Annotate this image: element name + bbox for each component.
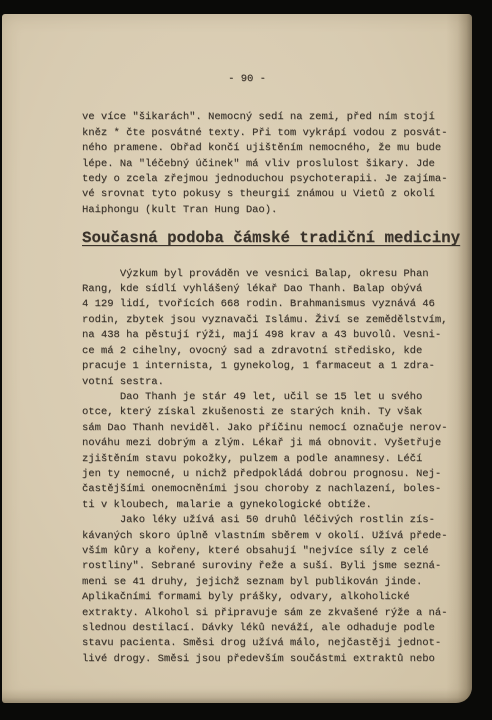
section-heading: Současná podoba čámské tradiční mediciny: [82, 231, 452, 246]
page-bottom-edge-shadow: [2, 689, 472, 703]
paragraph-doctor: Dao Thanh je stár 49 let, učil se 15 let…: [82, 390, 452, 513]
scanned-page: - 90 - ve více "šikarách". Nemocný sedí …: [2, 14, 472, 703]
paragraph-remedies: Jako léky užívá asi 50 druhů léčivých ro…: [82, 513, 452, 667]
page-text-block: - 90 - ve více "šikarách". Nemocný sedí …: [82, 72, 452, 667]
page-number: - 90 -: [82, 72, 412, 87]
opening-paragraph: ve více "šikarách". Nemocný sedí na zemi…: [82, 110, 452, 218]
paragraph-research: Výzkum byl prováděn ve vesnici Balap, ok…: [82, 267, 452, 390]
